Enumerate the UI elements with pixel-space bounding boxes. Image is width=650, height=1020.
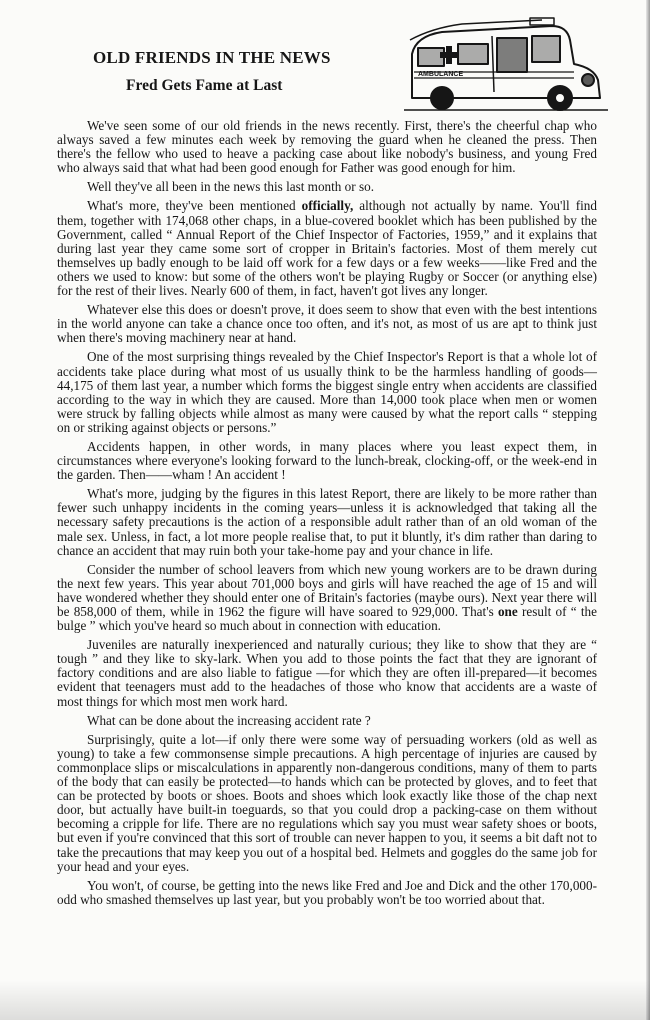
ambulance-illustration: AMBULANCE	[402, 14, 610, 114]
paragraph: Whatever else this does or doesn't prove…	[57, 303, 597, 345]
paragraph: What's more, judging by the figures in t…	[57, 487, 597, 557]
ambulance-icon: AMBULANCE	[402, 14, 610, 114]
paragraph: Consider the number of school leavers fr…	[57, 563, 597, 633]
paragraph: What can be done about the increasing ac…	[57, 714, 597, 728]
page-bottom-shadow	[0, 980, 650, 1020]
paragraph: Well they've all been in the news this l…	[57, 180, 597, 194]
paragraph-text: What's more, they've been mentioned	[87, 198, 302, 213]
paragraph: One of the most surprising things reveal…	[57, 350, 597, 435]
emphasis-officially: officially,	[302, 198, 354, 213]
paragraph: We've seen some of our old friends in th…	[57, 119, 597, 175]
paragraph: Accidents happen, in other words, in man…	[57, 440, 597, 482]
paragraph: What's more, they've been mentioned offi…	[57, 199, 597, 298]
article-title: OLD FRIENDS IN THE NEWS	[93, 48, 331, 68]
document-page: OLD FRIENDS IN THE NEWS Fred Gets Fame a…	[0, 0, 650, 1020]
paragraph: Juveniles are naturally inexperienced an…	[57, 638, 597, 708]
paragraph-text: although not actually by name. You'll fi…	[57, 198, 597, 298]
article-body: We've seen some of our old friends in th…	[57, 119, 597, 912]
paragraph: You won't, of course, be getting into th…	[57, 879, 597, 907]
page-edge-shadow	[646, 0, 650, 1020]
ambulance-label: AMBULANCE	[418, 71, 463, 78]
emphasis-one: one	[498, 604, 518, 619]
paragraph: Surprisingly, quite a lot—if only there …	[57, 733, 597, 874]
article-subtitle: Fred Gets Fame at Last	[126, 77, 282, 95]
